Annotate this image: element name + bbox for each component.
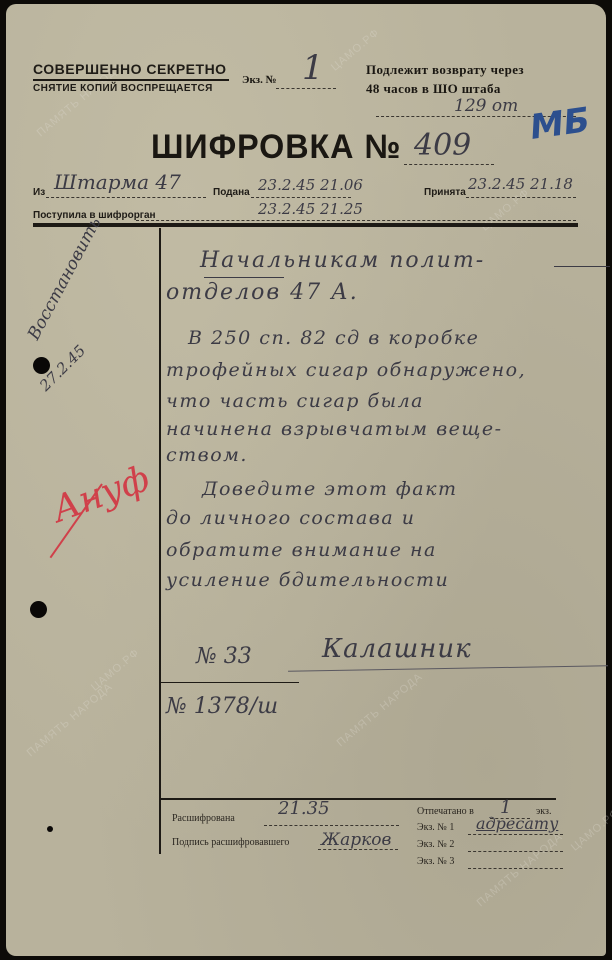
decoder-signature-value: Жарков: [321, 830, 391, 850]
copy-number-value: 1: [302, 48, 324, 88]
blue-pencil-mark: МБ: [528, 100, 593, 148]
punch-hole: [47, 826, 53, 832]
body-line: усиление бдительности: [166, 569, 449, 591]
from-value: Штарма 47: [54, 170, 181, 194]
submitted-line: [251, 197, 351, 198]
received-line: [466, 197, 576, 198]
cipher-number: 409: [414, 128, 471, 163]
copy-1-label: Экз. № 1: [417, 822, 454, 833]
reference-number: № 1378/ш: [166, 694, 278, 719]
document-title: ШИФРОВКА №: [151, 128, 401, 167]
header-rule: [33, 79, 229, 81]
copy-2-label: Экз. № 2: [417, 839, 454, 850]
return-notice-line2: 48 часов в ШО штаба: [366, 81, 501, 97]
printed-label: Отпечатано в: [417, 806, 474, 817]
decoded-value: 21.35: [278, 798, 330, 819]
from-line: [46, 197, 206, 198]
body-line: В 250 сп. 82 сд в коробке: [188, 327, 479, 349]
arrived-line: [136, 220, 576, 221]
classification-label: СОВЕРШЕННО СЕКРЕТНО: [33, 61, 227, 77]
signature-underline: [288, 665, 608, 672]
copy-number-line: [276, 88, 336, 89]
return-notice-line1: Подлежит возврату через: [366, 62, 524, 78]
watermark: ПАМЯТЬ НАРОДА: [25, 681, 115, 760]
copy-1-value: адресату: [476, 814, 558, 833]
title-number-line: [404, 164, 494, 165]
body-line: Доведите этот факт: [202, 478, 457, 500]
watermark: ЦАМО.РФ: [569, 806, 612, 853]
cipher-telegram-document: ЦАМО.РФ ПАМЯТЬ НАРОДА ЦАМО.РФ ЦАМО.РФ ПА…: [6, 4, 606, 956]
red-pencil-signature: Ануф: [47, 458, 155, 531]
sender-signature: Калашник: [322, 634, 472, 664]
body-line: что часть сигар была: [166, 390, 424, 412]
margin-note: Восстановить: [24, 214, 105, 343]
body-line: ством.: [166, 444, 248, 466]
decoded-line: [264, 825, 399, 826]
return-notice-value: 129 от: [454, 96, 518, 116]
copy-3-label: Экз. № 3: [417, 856, 454, 867]
copy-3-line: [468, 868, 563, 869]
watermark: ПАМЯТЬ НАРОДА: [335, 671, 425, 750]
signature-rule: [161, 682, 299, 683]
copy-1-line: [468, 834, 563, 835]
submitted-value: 23.2.45 21.06: [258, 176, 363, 194]
body-line: трофейных сигар обнаружено,: [166, 359, 526, 381]
addressee-dash: [554, 266, 610, 267]
message-number: № 33: [196, 644, 252, 669]
decoder-signature-label: Подпись расшифровавшего: [172, 837, 289, 848]
watermark: ПАМЯТЬ НАРОДА: [475, 831, 565, 910]
addressee-underline: [204, 277, 284, 278]
received-label: Принята: [424, 187, 466, 198]
copy-restriction-label: СНЯТИЕ КОПИЙ ВОСПРЕЩАЕТСЯ: [33, 83, 213, 94]
punch-hole: [30, 601, 47, 618]
arrived-value: 23.2.45 21.25: [258, 200, 363, 218]
footer-rule: [161, 798, 556, 800]
body-line: начинена взрывчатым веще-: [166, 418, 503, 440]
margin-rule: [159, 228, 161, 854]
decoded-label: Расшифрована: [172, 813, 235, 824]
received-value: 23.2.45 21.18: [468, 175, 573, 193]
header-separator: [33, 223, 578, 227]
submitted-label: Подана: [213, 187, 250, 198]
copy-number-label: Экз. №: [242, 74, 277, 86]
addressee-line2: отделов 47 А.: [166, 280, 359, 305]
from-label: Из: [33, 187, 45, 198]
copy-2-line: [468, 851, 563, 852]
watermark: ЦАМО.РФ: [89, 646, 142, 693]
body-line: обратите внимание на: [166, 539, 437, 561]
addressee-line1: Начальникам полит-: [200, 248, 485, 273]
body-line: до личного состава и: [166, 507, 415, 529]
